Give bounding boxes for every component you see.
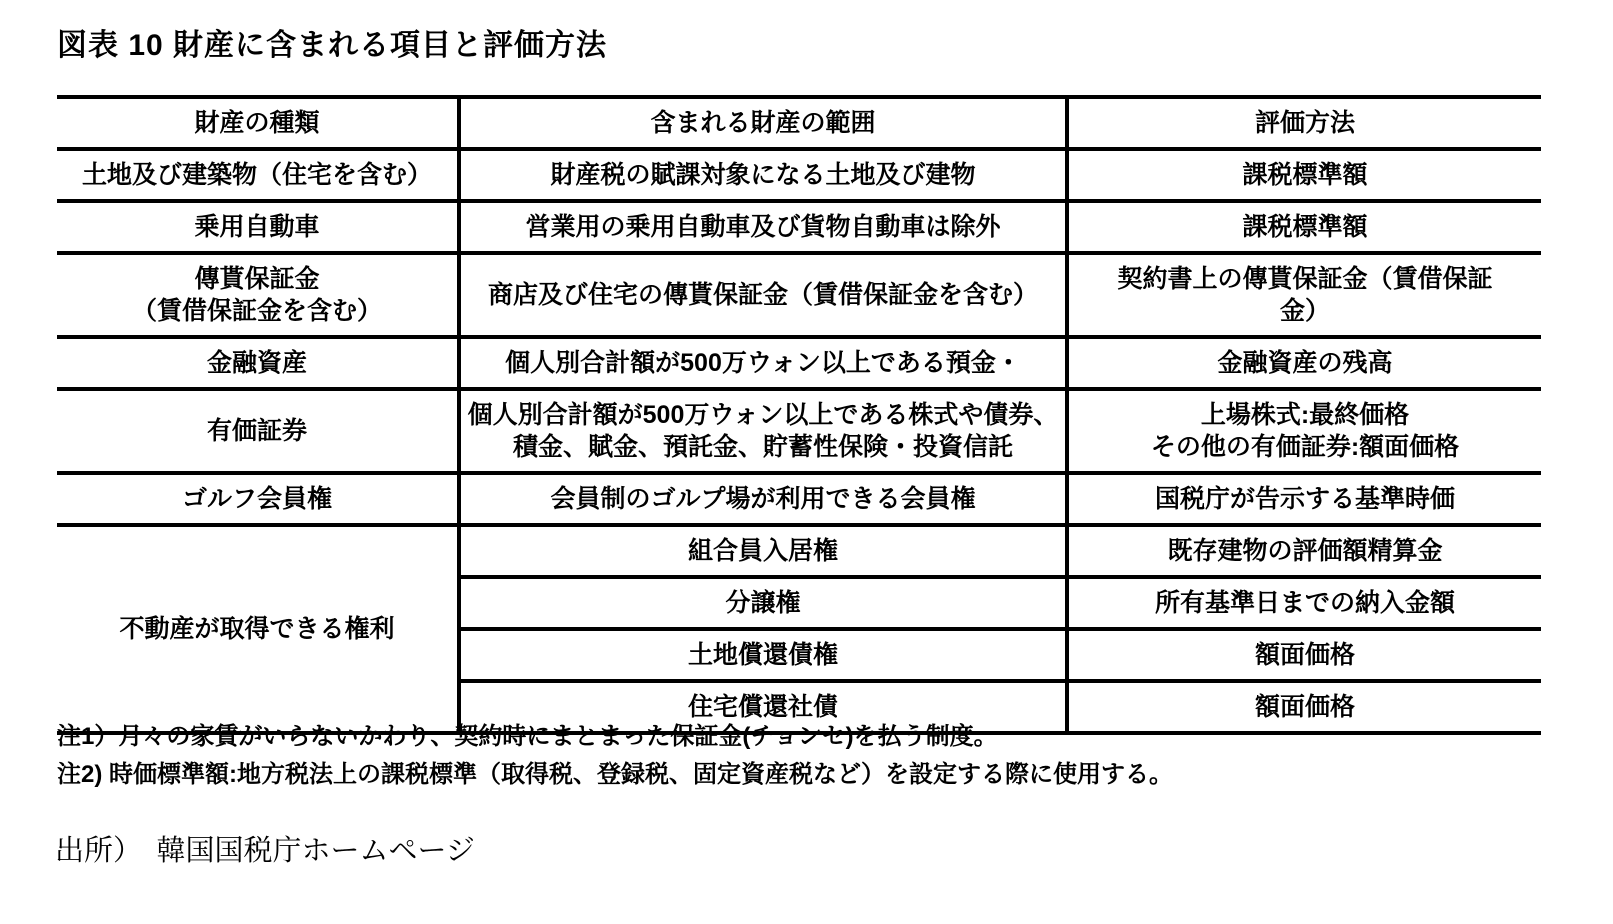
row-jeonse-deposit: 傳貰保証金 （賃借保証金を含む） 商店及び住宅の傳貰保証金（賃借保証金を含む） … [57,253,1541,337]
cell-type: ゴルフ会員権 [57,473,459,525]
cell-scope: 商店及び住宅の傳貰保証金（賃借保証金を含む） [459,253,1067,337]
cell-type: 土地及び建築物（住宅を含む） [57,149,459,201]
row-financial-assets: 金融資産 個人別合計額が500万ウォン以上である預金・ 金融資産の残高 [57,337,1541,389]
row-passenger-car: 乗用自動車 営業用の乗用自動車及び貨物自動車は除外 課税標準額 [57,201,1541,253]
cell-line: 個人別合計額が500万ウォン以上である預金・ [467,347,1059,379]
cell-method: 課税標準額 [1067,149,1541,201]
cell-scope: 財産税の賦課対象になる土地及び建物 [459,149,1067,201]
cell-method: 既存建物の評価額精算金 [1067,525,1541,577]
row-realestate-right-1: 不動産が取得できる権利 組合員入居権 既存建物の評価額精算金 [57,525,1541,577]
cell-line: 上場株式:最終価格 [1075,399,1535,431]
row-securities: 有価証券 個人別合計額が500万ウォン以上である株式や債券、 積金、賦金、預託金… [57,389,1541,473]
cell-line: 商店及び住宅の傳貰保証金（賃借保証金を含む） [467,279,1059,311]
footnotes: 注1）月々の家賃がいらないかわり、契約時にまとまった保証金(チョンセ)を払う制度… [57,718,1173,795]
cell-line: 国税庁が告示する基準時価 [1075,483,1535,515]
cell-type: 金融資産 [57,337,459,389]
cell-method: 上場株式:最終価格 その他の有価証券:額面価格 [1067,389,1541,473]
cell-type-merged: 不動産が取得できる権利 [57,525,459,733]
cell-line: （賃借保証金を含む） [63,295,451,327]
cell-line: 営業用の乗用自動車及び貨物自動車は除外 [467,211,1059,243]
row-golf-membership: ゴルフ会員権 会員制のゴルプ場が利用できる会員権 国税庁が告示する基準時価 [57,473,1541,525]
cell-scope: 営業用の乗用自動車及び貨物自動車は除外 [459,201,1067,253]
cell-line: 分譲権 [467,587,1059,619]
cell-line: 金） [1075,295,1535,327]
cell-line: 土地償還債権 [467,639,1059,671]
cell-line: 既存建物の評価額精算金 [1075,535,1535,567]
row-land-buildings: 土地及び建築物（住宅を含む） 財産税の賦課対象になる土地及び建物 課税標準額 [57,149,1541,201]
cell-type: 傳貰保証金 （賃借保証金を含む） [57,253,459,337]
cell-type: 有価証券 [57,389,459,473]
cell-scope: 会員制のゴルプ場が利用できる会員権 [459,473,1067,525]
cell-line: 額面価格 [1075,639,1535,671]
cell-line: 金融資産 [63,347,451,379]
cell-line: 土地及び建築物（住宅を含む） [63,159,451,191]
footnote-1: 注1）月々の家賃がいらないかわり、契約時にまとまった保証金(チョンセ)を払う制度… [57,718,1173,756]
cell-line: 有価証券 [63,415,451,447]
cell-line: 積金、賦金、預託金、貯蓄性保険・投資信託 [467,431,1059,463]
cell-line: 財産税の賦課対象になる土地及び建物 [467,159,1059,191]
cell-line: 個人別合計額が500万ウォン以上である株式や債券、 [467,399,1059,431]
cell-line: 課税標準額 [1075,159,1535,191]
cell-method: 課税標準額 [1067,201,1541,253]
cell-scope: 分譲権 [459,577,1067,629]
document-page: 図表 10 財産に含まれる項目と評価方法 財産の種類 含まれる財産の範囲 評価方… [0,0,1613,924]
cell-method: 契約書上の傳貰保証金（賃借保証 金） [1067,253,1541,337]
figure-title: 図表 10 財産に含まれる項目と評価方法 [57,20,607,64]
cell-line: 傳貰保証金 [63,263,451,295]
header-valuation-method: 評価方法 [1067,97,1541,149]
cell-line: 契約書上の傳貰保証金（賃借保証 [1075,263,1535,295]
cell-method: 額面価格 [1067,629,1541,681]
cell-line: 所有基準日までの納入金額 [1075,587,1535,619]
cell-scope: 土地償還債権 [459,629,1067,681]
header-row: 財産の種類 含まれる財産の範囲 評価方法 [57,97,1541,149]
cell-line: 乗用自動車 [63,211,451,243]
header-property-scope: 含まれる財産の範囲 [459,97,1067,149]
cell-line: 組合員入居権 [467,535,1059,567]
cell-line: 課税標準額 [1075,211,1535,243]
cell-method: 国税庁が告示する基準時価 [1067,473,1541,525]
cell-line: ゴルフ会員権 [63,483,451,515]
cell-line: その他の有価証券:額面価格 [1075,431,1535,463]
footnote-2: 注2) 時価標準額:地方税法上の課税標準（取得税、登録税、固定資産税など）を設定… [57,756,1173,794]
cell-scope: 組合員入居権 [459,525,1067,577]
property-valuation-table: 財産の種類 含まれる財産の範囲 評価方法 土地及び建築物（住宅を含む） 財産税の… [57,95,1541,735]
cell-line: 金融資産の残高 [1075,347,1535,379]
header-property-type: 財産の種類 [57,97,459,149]
cell-scope: 個人別合計額が500万ウォン以上である株式や債券、 積金、賦金、預託金、貯蓄性保… [459,389,1067,473]
cell-method: 金融資産の残高 [1067,337,1541,389]
cell-line: 不動産が取得できる権利 [63,613,451,645]
source-attribution: 出所） 韓国国税庁ホームページ [55,828,475,869]
cell-type: 乗用自動車 [57,201,459,253]
cell-method: 所有基準日までの納入金額 [1067,577,1541,629]
cell-line: 会員制のゴルプ場が利用できる会員権 [467,483,1059,515]
cell-scope: 個人別合計額が500万ウォン以上である預金・ [459,337,1067,389]
